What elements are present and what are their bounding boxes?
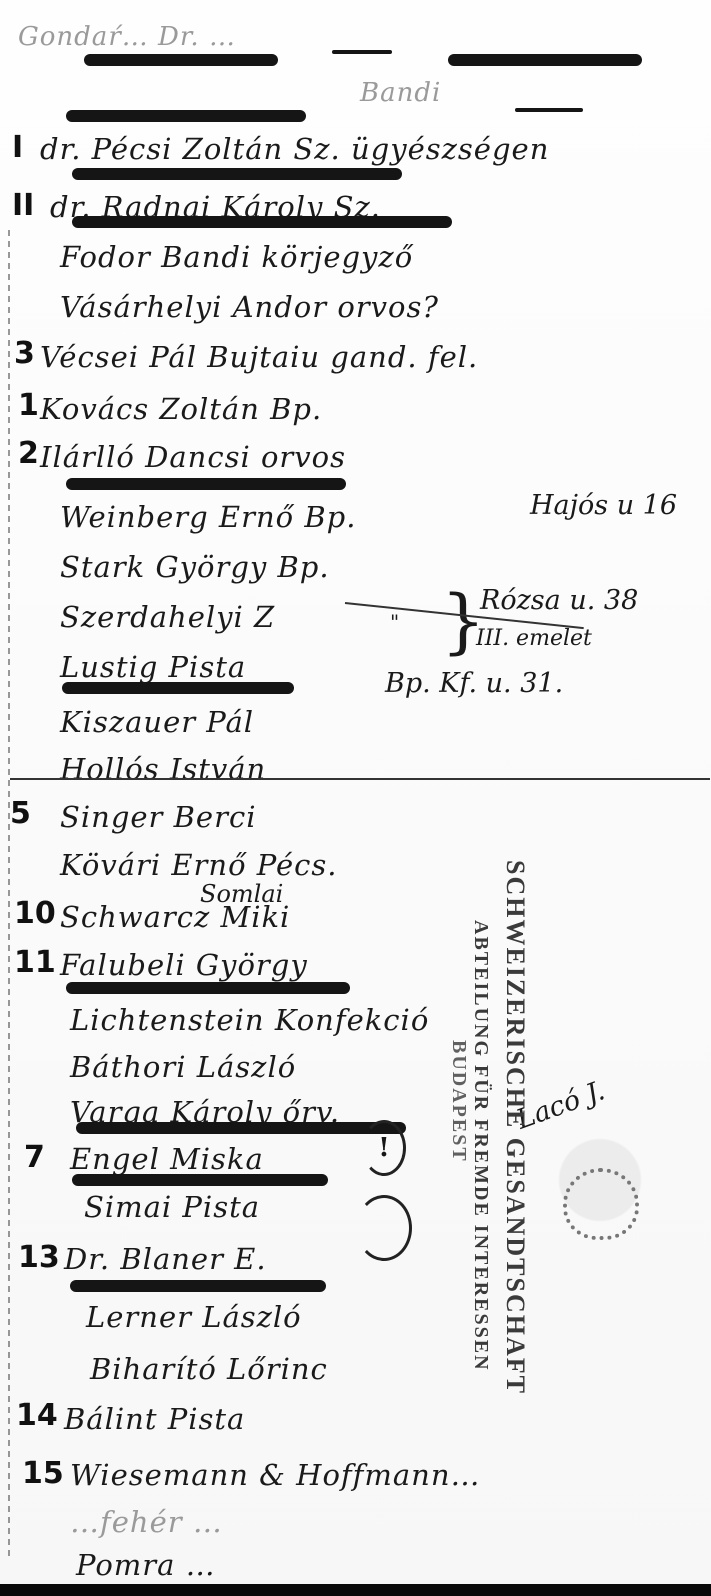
entry-number: 14 bbox=[16, 1398, 58, 1433]
side-note-address: Rózsa u. 38 bbox=[480, 585, 638, 616]
underline bbox=[515, 108, 583, 112]
scanned-document: Gondaŕ… Dr. … Bandi I dr. Pécsi Zoltán S… bbox=[0, 0, 711, 1596]
entry-text: Ilárlló Dancsi orvos bbox=[40, 440, 346, 474]
entry-number: 3 bbox=[14, 336, 35, 371]
entry-text: Engel Miska bbox=[70, 1142, 264, 1176]
fold-line bbox=[10, 778, 710, 780]
redaction-bar bbox=[72, 216, 452, 228]
entry-text: Dr. Blaner E. bbox=[64, 1242, 267, 1276]
header-line-2: Bandi bbox=[360, 78, 441, 108]
redaction-bar bbox=[70, 1280, 326, 1292]
redaction-bar bbox=[84, 54, 278, 66]
entry-text: Biharító Lőrinc bbox=[90, 1352, 328, 1386]
entry-text: dr. Pécsi Zoltán Sz. ügyészségen bbox=[40, 132, 549, 166]
entry-number: 11 bbox=[14, 945, 56, 980]
side-note-address: Hajós u 16 bbox=[530, 490, 677, 521]
margin-line bbox=[8, 230, 10, 1560]
entry-text: Vécsei Pál Bujtaiu gand. fel. bbox=[40, 340, 478, 374]
entry-text: Kovács Zoltán Bp. bbox=[40, 392, 322, 426]
signature-mark-icon bbox=[356, 1195, 412, 1261]
redaction-bar bbox=[448, 54, 642, 66]
redaction-bar bbox=[66, 478, 346, 490]
entry-text: Fodor Bandi körjegyző bbox=[60, 240, 413, 274]
redaction-bar bbox=[66, 982, 350, 994]
entry-text: Kövári Ernő Pécs. bbox=[60, 848, 337, 882]
redaction-bar bbox=[76, 1122, 406, 1134]
underline bbox=[332, 50, 392, 54]
entry-text: Weinberg Ernő Bp. bbox=[60, 500, 356, 534]
entry-text: Báthori László bbox=[70, 1050, 296, 1084]
entry-mark: II bbox=[12, 188, 34, 223]
entry-mark: I bbox=[12, 130, 23, 165]
entry-number: 13 bbox=[18, 1240, 60, 1275]
redaction-bar bbox=[72, 1174, 328, 1186]
entry-text: Bálint Pista bbox=[64, 1402, 245, 1436]
header-line-1: Gondaŕ… Dr. … bbox=[18, 22, 236, 52]
scan-edge bbox=[0, 1584, 711, 1596]
entry-text: Szerdahelyi Z bbox=[60, 600, 275, 634]
entry-number: 1 bbox=[18, 388, 39, 423]
entry-text: Simai Pista bbox=[84, 1190, 260, 1224]
entry-text: Lerner László bbox=[86, 1300, 302, 1334]
entry-text: Vásárhelyi Andor orvos? bbox=[60, 290, 439, 324]
entry-text: Kiszauer Pál bbox=[60, 705, 254, 739]
entry-text: …fehér … bbox=[70, 1505, 223, 1539]
side-note-floor: III. emelet bbox=[476, 626, 592, 651]
entry-number: 15 bbox=[22, 1456, 64, 1491]
entry-text: Falubeli György bbox=[60, 948, 308, 982]
entry-text: Lustig Pista bbox=[60, 650, 246, 684]
redaction-bar bbox=[62, 682, 294, 694]
entry-text: Stark György Bp. bbox=[60, 550, 330, 584]
redaction-bar bbox=[72, 168, 402, 180]
entry-text: Lichtenstein Konfekció bbox=[70, 1003, 429, 1037]
entry-text: Singer Berci bbox=[60, 800, 256, 834]
stamp-text-line-1: SCHWEIZERISCHE GESANDTSCHAFT bbox=[500, 860, 530, 1395]
entry-text: Hollós István bbox=[60, 752, 266, 786]
stamp-text-line-2: ABTEILUNG FÜR FREMDE INTERESSEN bbox=[469, 920, 492, 1372]
exclamation-mark-icon: ! bbox=[362, 1120, 406, 1176]
seal-emblem-icon bbox=[563, 1168, 639, 1240]
stamp-text-line-3: BUDAPEST bbox=[447, 1040, 470, 1163]
entry-number: 2 bbox=[18, 436, 39, 471]
entry-text: Wiesemann & Hoffmann… bbox=[70, 1458, 481, 1492]
ditto-mark: " bbox=[390, 610, 399, 634]
entry-text: Schwarcz Miki bbox=[60, 900, 290, 934]
entry-number: 10 bbox=[14, 896, 56, 931]
redaction-bar bbox=[66, 110, 306, 122]
side-note-address: Bp. Kf. u. 31. bbox=[385, 668, 563, 699]
entry-number: 7 bbox=[24, 1140, 45, 1175]
entry-number: 5 bbox=[10, 796, 31, 831]
entry-text: Pomra … bbox=[76, 1548, 216, 1582]
